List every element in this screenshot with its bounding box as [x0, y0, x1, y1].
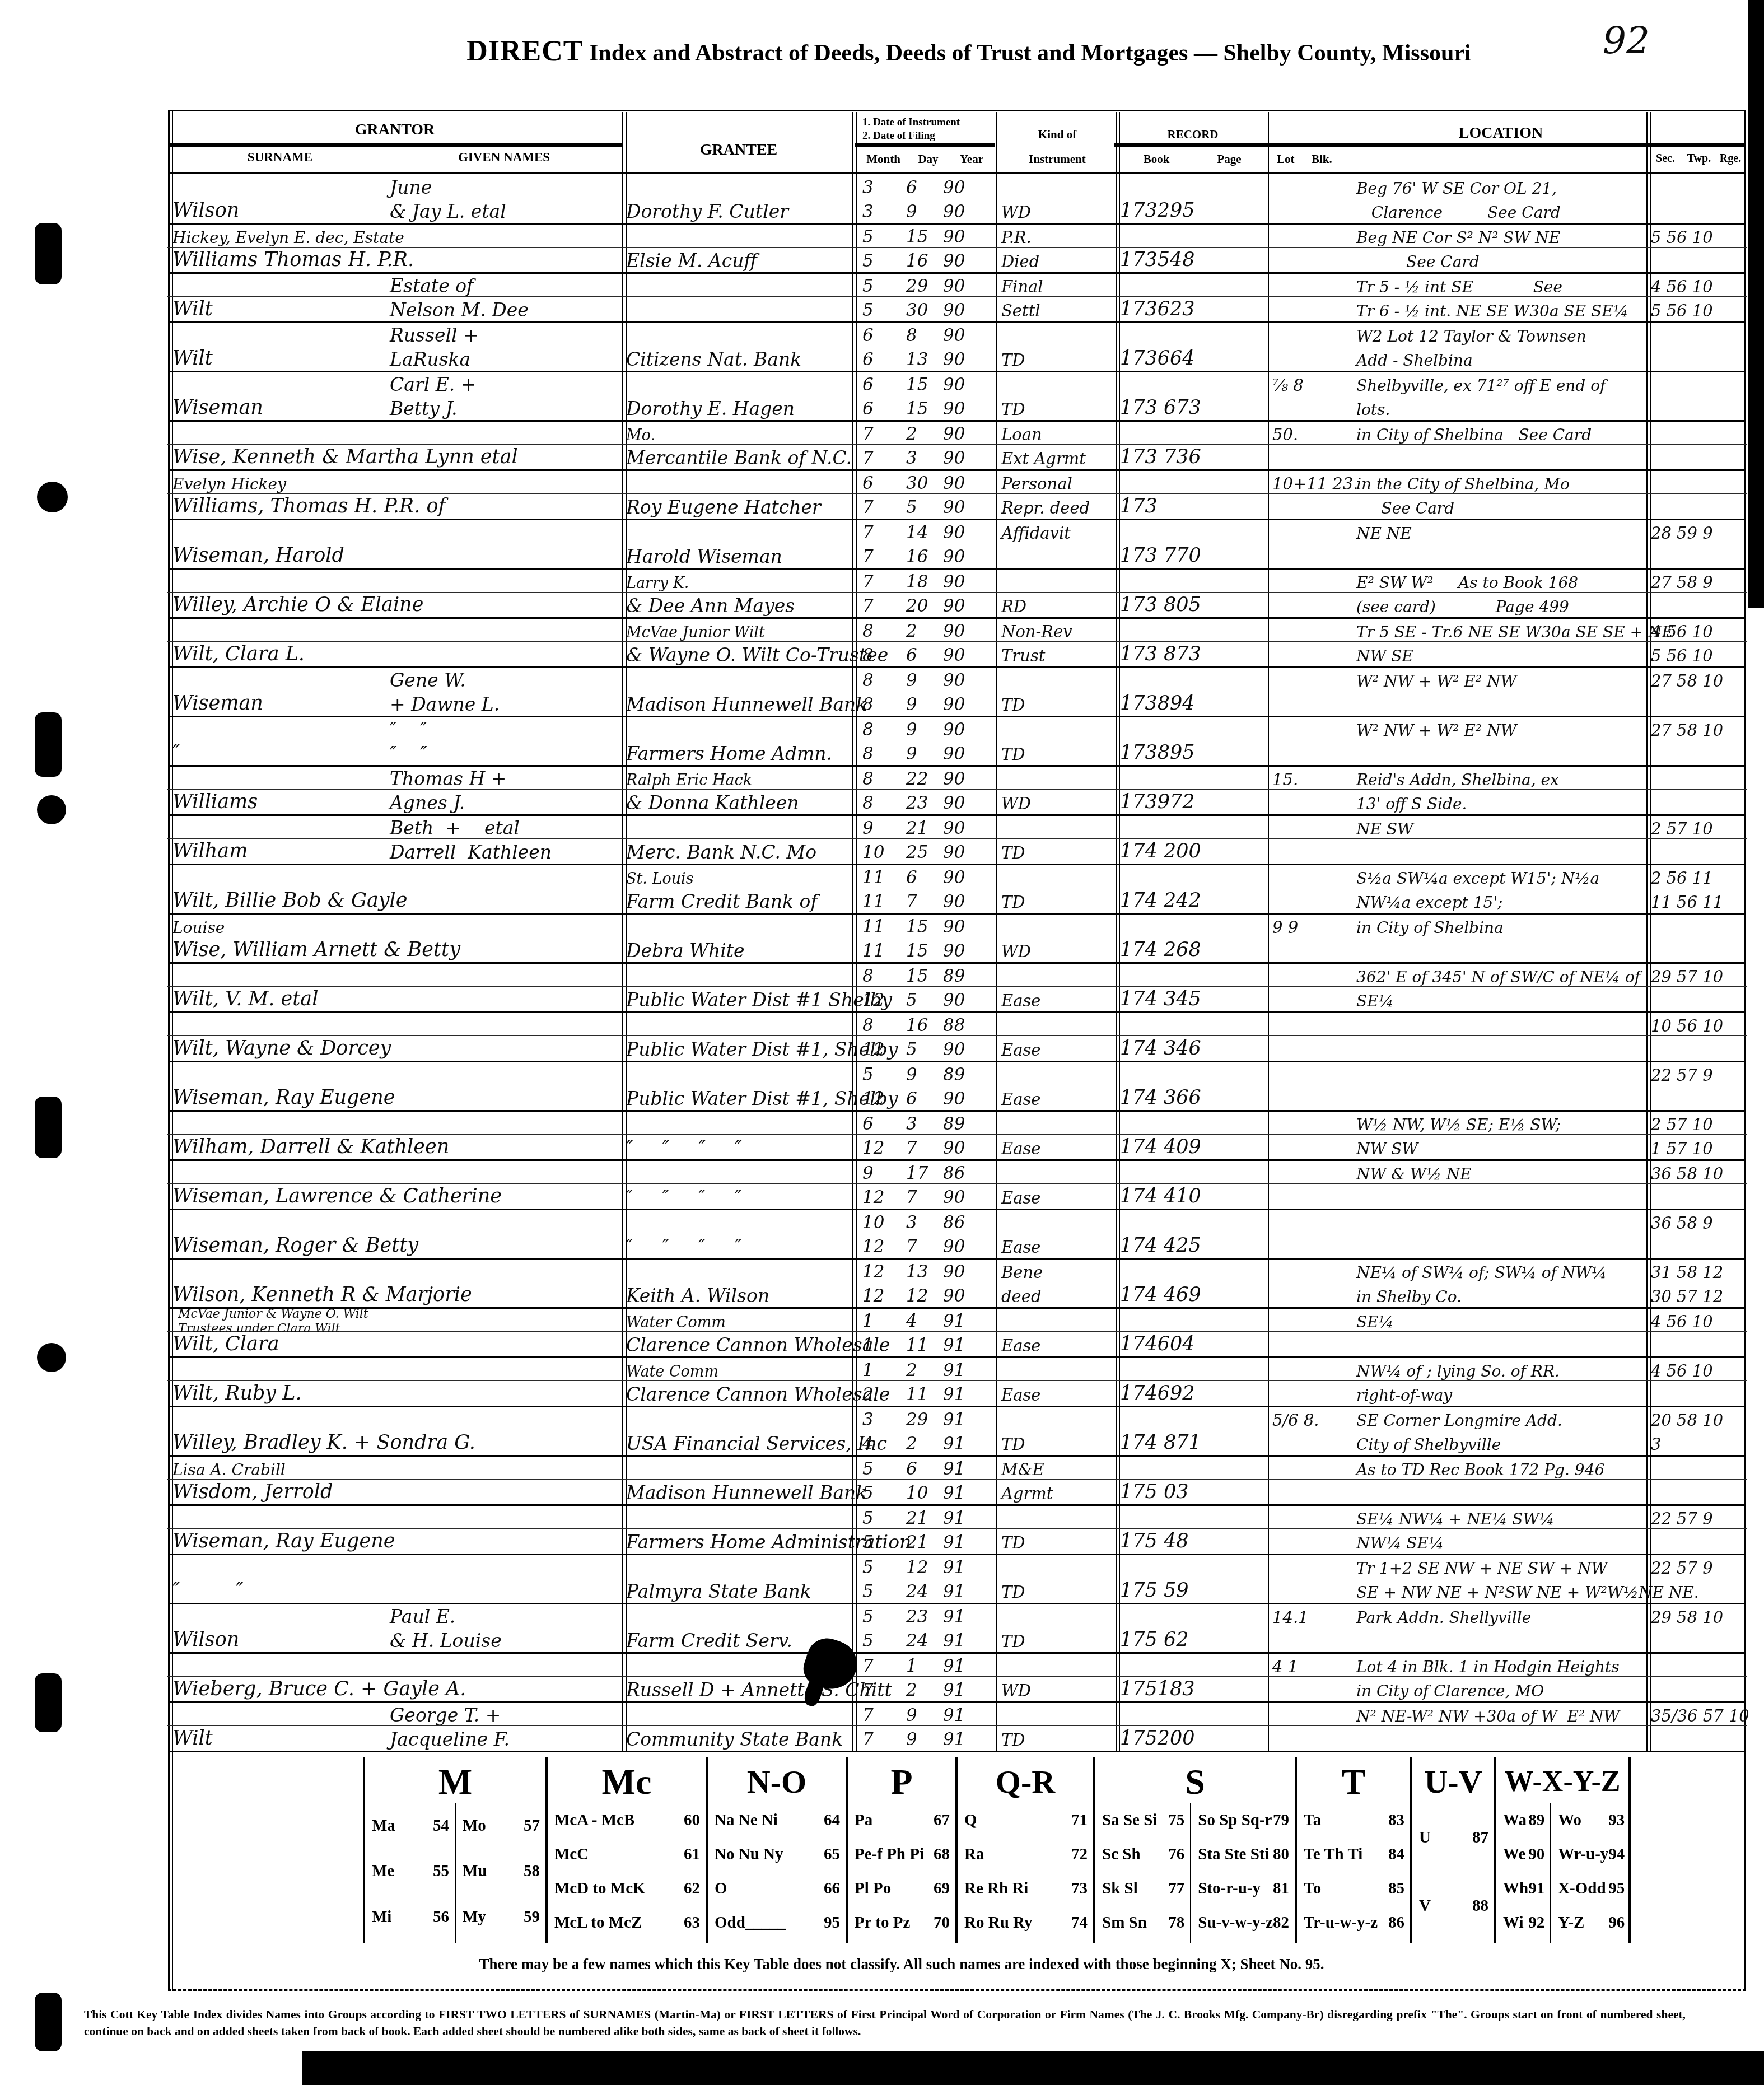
- grantee-line1: Ralph Eric Hack: [626, 773, 752, 788]
- surname-cell: Wiseman: [172, 666, 391, 716]
- lot-blk-value: 15.: [1272, 772, 1356, 788]
- kind-of-instrument-cell: Ease: [1001, 1307, 1113, 1356]
- key-subcolumn: Ma54Me55Mi56: [365, 1803, 455, 1943]
- key-cell-number: 59: [524, 1908, 540, 1927]
- surname-line2: Wilham: [172, 842, 248, 861]
- dates-cell: 63090 7590: [862, 469, 997, 519]
- key-cell-label: Sto-r-u-y: [1198, 1879, 1261, 1898]
- given-names-cell: [390, 1258, 625, 1307]
- lot-blk-value: 9 9: [1272, 920, 1356, 936]
- kind-line2: TD: [1001, 845, 1025, 861]
- sec-line1: 29 58 10: [1651, 1610, 1723, 1626]
- lot-blk-value: 14.1: [1272, 1610, 1356, 1626]
- record-cell: 173295: [1120, 174, 1266, 223]
- record-cell: 174 200: [1120, 814, 1266, 864]
- record-book-page: 174604: [1120, 1335, 1195, 1354]
- grantee-cell: Wate Comm Clarence Cannon Wholesale: [626, 1356, 858, 1406]
- kind-line2: TD: [1001, 1535, 1025, 1551]
- record-cell: 174 410: [1120, 1159, 1266, 1209]
- date-of-filing: 12790: [862, 1188, 990, 1206]
- date-of-filing: 121290: [862, 1287, 990, 1305]
- grantee-cell: Community State Bank: [626, 1701, 858, 1751]
- location-line2: City of Shelbyville: [1356, 1437, 1501, 1453]
- key-cell-number: 79: [1273, 1811, 1289, 1830]
- key-cell-number: 80: [1273, 1845, 1289, 1864]
- sec-twp-rge-cell: 4 56 10: [1651, 1307, 1749, 1356]
- given-line2: Agnes J.: [390, 794, 465, 812]
- grantee-cell: McVae Junior Wilt & Wayne O. Wilt Co-Tru…: [626, 617, 858, 666]
- record-cell: 175 48: [1120, 1504, 1266, 1554]
- kind-of-instrument-cell: TD: [1001, 371, 1113, 420]
- kind-of-instrument-cell: TD: [1001, 666, 1113, 716]
- location-line1: 362' E of 345' N of SW/C of NE¼ of: [1356, 969, 1640, 985]
- key-cell-label: Wi: [1503, 1914, 1524, 1932]
- sec-line2: 3: [1651, 1436, 1661, 1453]
- key-cell-number: 68: [934, 1845, 950, 1864]
- record-cell: 174 346: [1120, 1011, 1266, 1061]
- kind-of-instrument-cell: M&E Agrmt: [1001, 1455, 1113, 1504]
- record-cell: 174 345: [1120, 962, 1266, 1011]
- surname-cell: Wilson: [172, 1603, 391, 1652]
- surname-line2: Wisdom, Jerrold: [172, 1482, 333, 1502]
- record-cell: 175 59: [1120, 1554, 1266, 1603]
- kind-line2: Died: [1001, 254, 1039, 270]
- record-book-page: 174 346: [1120, 1039, 1201, 1058]
- grantee-cell: Public Water Dist #1, Shelby: [626, 1011, 858, 1061]
- key-column: M Ma54Me55Mi56Mo57Mu58My59: [363, 1757, 545, 1943]
- kind-of-instrument-cell: WD: [1001, 765, 1113, 814]
- key-cell-label: V: [1419, 1897, 1431, 1915]
- given-line1: George T. +: [390, 1706, 501, 1724]
- key-cell: To85: [1297, 1879, 1410, 1898]
- date-of-instrument: 10386: [862, 1214, 990, 1232]
- table-row: Wilson June & Jay L. etal Dorothy F. Cut…: [168, 174, 1746, 225]
- given-names-cell: George T. + Jacqueline F.: [390, 1701, 625, 1751]
- given-line2: & Jay L. etal: [390, 202, 506, 221]
- key-cell-label: Ta: [1304, 1811, 1321, 1830]
- sec-line1: 35/36 57 10: [1651, 1708, 1749, 1724]
- key-cell-number: 75: [1168, 1811, 1184, 1830]
- location-line2: in City of Clarence, MO: [1356, 1683, 1544, 1699]
- kind-of-instrument-cell: TD: [1001, 1554, 1113, 1603]
- record-cell: 173 805: [1120, 568, 1266, 617]
- surname-line2: Wilson: [172, 201, 239, 221]
- grantee-cell: Public Water Dist #1 Shelby: [626, 962, 858, 1011]
- sec-line1: 28 59 9: [1651, 525, 1713, 542]
- record-book-page: 175 59: [1120, 1581, 1188, 1601]
- table-row: ″ ″ Palmyra State Bank 51291 52491 TD: [168, 1554, 1746, 1604]
- sec-twp-rge-cell: 2 56 11 11 56 11: [1651, 864, 1749, 913]
- table-row: Wilt, Billie Bob & Gayle St. Louis Farm …: [168, 864, 1746, 915]
- sec-line1: 31 58 12: [1651, 1265, 1723, 1281]
- surname-line2: Wilt: [172, 300, 213, 319]
- grantee-line2: Dorothy F. Cutler: [626, 202, 788, 221]
- record-cell: 173 673: [1120, 371, 1266, 420]
- date-of-filing: 53090: [862, 301, 990, 319]
- key-cell-number: 96: [1608, 1914, 1625, 1932]
- scan-artifact: [37, 482, 68, 512]
- grantee-line2: Farm Credit Serv.: [626, 1631, 792, 1650]
- table-row: Wilt, Wayne & Dorcey Public Water Dist #…: [168, 1011, 1746, 1062]
- key-cell: X-Odd95: [1551, 1879, 1630, 1898]
- record-book-page: 175 48: [1120, 1532, 1188, 1551]
- key-cell: McL to McZ63: [548, 1914, 706, 1932]
- sec-twp-rge-cell: 31 58 12 30 57 12: [1651, 1258, 1749, 1307]
- surname-line2: Wilt, Wayne & Dorcey: [172, 1039, 391, 1058]
- surname-line2: Wilt, Ruby L.: [172, 1384, 302, 1403]
- key-cell-number: 66: [824, 1879, 840, 1898]
- scan-edge-strip: [1748, 0, 1764, 608]
- record-book-page: 173895: [1120, 743, 1195, 763]
- key-table-note: There may be a few names which this Key …: [190, 1956, 1613, 1973]
- location-line1: NW¼ of ; lying So. of RR.: [1356, 1364, 1560, 1379]
- date-of-filing: 7291: [862, 1681, 990, 1699]
- grantee-line2: Farmers Home Admn.: [626, 744, 832, 763]
- table-row: Wilt, V. M. etal Public Water Dist #1 Sh…: [168, 962, 1746, 1013]
- table-row: Evelyn Hickey Williams, Thomas H. P.R. o…: [168, 469, 1746, 520]
- surname-cell: Wilt, Billie Bob & Gayle: [172, 864, 391, 913]
- key-column: Q-R Q71Ra72Re Rh Ri73Ro Ru Ry74: [955, 1757, 1093, 1943]
- dates-cell: 5989 12690: [862, 1061, 997, 1110]
- date-of-filing: 51091: [862, 1484, 990, 1502]
- record-cell: 173 873: [1120, 617, 1266, 666]
- kind-of-instrument-cell: TD: [1001, 814, 1113, 864]
- key-cell-number: 87: [1472, 1829, 1488, 1847]
- location-line1: W² NW + W² E² NW: [1356, 723, 1516, 739]
- key-column-header: T: [1297, 1757, 1410, 1803]
- key-cell-number: 67: [934, 1811, 950, 1830]
- dates-cell: 8290 8690: [862, 617, 997, 666]
- location-line1: NE SW: [1356, 822, 1413, 837]
- surname-cell: Wilson: [172, 174, 391, 223]
- key-cell: Re Rh Ri73: [958, 1879, 1093, 1898]
- date-of-filing: 7590: [862, 498, 990, 516]
- date-of-instrument: 1291: [862, 1361, 990, 1379]
- given-names-cell: [390, 420, 625, 469]
- sec-twp-rge-cell: 10 56 10: [1651, 1011, 1749, 1061]
- location-line1: Park Addn. Shellyville: [1356, 1610, 1531, 1626]
- surname-cell: Hickey, Evelyn E. dec, Estate Williams T…: [172, 223, 391, 272]
- table-row: Wilt Estate of Nelson M. Dee 52990 53090…: [168, 272, 1746, 323]
- date-of-filing: 8990: [862, 696, 990, 713]
- key-column: N-O Na Ne Ni64No Nu Ny65O66Odd_____95: [706, 1757, 846, 1943]
- surname-cell: Wiseman: [172, 371, 391, 420]
- grantee-cell: ″ ″ ″ ″: [626, 1209, 858, 1258]
- given-line1: Gene W.: [390, 671, 466, 689]
- location-line2: NW SE: [1356, 649, 1413, 664]
- given-line1: Carl E. +: [390, 375, 476, 394]
- given-names-cell: Estate of Nelson M. Dee: [390, 272, 625, 321]
- grantee-line2: Harold Wiseman: [626, 547, 782, 566]
- kind-line1: Personal: [1001, 476, 1072, 492]
- grantee-line2: Clarence Cannon Wholesale: [626, 1336, 890, 1354]
- sec-twp-rge-cell: [1651, 420, 1749, 469]
- location-line1: Tr 5 - ½ int SE See: [1356, 279, 1562, 295]
- surname-line2: ″: [172, 743, 180, 763]
- surname-line2: Willey, Archie O & Elaine: [172, 595, 423, 615]
- record-book-page: 175200: [1120, 1729, 1195, 1748]
- key-cell-label: U: [1419, 1829, 1431, 1847]
- date-of-instrument: 51590: [862, 228, 990, 246]
- record-cell: 174 409: [1120, 1110, 1266, 1159]
- key-cell-label: Me: [372, 1862, 394, 1881]
- surname-cell: Wiseman, Lawrence & Catherine: [172, 1159, 391, 1209]
- key-cell: Tr-u-w-y-z86: [1297, 1914, 1410, 1932]
- location-line2: lots.: [1356, 402, 1390, 418]
- sec-twp-rge-cell: 4 56 10 5 56 10: [1651, 272, 1749, 321]
- surname-cell: Wilson, Kenneth R & Marjorie: [172, 1258, 391, 1307]
- sec-twp-rge-cell: 28 59 9: [1651, 519, 1749, 568]
- sec-twp-rge-cell: 5 56 10: [1651, 223, 1749, 272]
- dates-cell: 81688 12590: [862, 1011, 997, 1061]
- scan-artifact: [35, 712, 62, 777]
- date-of-filing: 61390: [862, 351, 990, 369]
- table-row: Hickey, Evelyn E. dec, Estate Williams T…: [168, 223, 1746, 274]
- key-cell: Ta83: [1297, 1811, 1410, 1830]
- key-cell: Pe-f Ph Pi68: [848, 1845, 955, 1864]
- kind-of-instrument-cell: Loan Ext Agrmt: [1001, 420, 1113, 469]
- date-of-filing: 52491: [862, 1583, 990, 1601]
- grantee-cell: Public Water Dist #1, Shelby: [626, 1061, 858, 1110]
- kind-of-instrument-cell: Ease: [1001, 1011, 1113, 1061]
- sec-twp-rge-cell: [1651, 174, 1749, 223]
- grantee-line2: Debra White: [626, 941, 745, 960]
- surname-line2: Wilt: [172, 1729, 213, 1748]
- sec-line1: 27 58 10: [1651, 722, 1723, 739]
- record-book-page: 174 469: [1120, 1285, 1201, 1305]
- record-book-page: 174 366: [1120, 1088, 1201, 1108]
- key-cell: Ro Ru Ry74: [958, 1914, 1093, 1932]
- sec-line1: 27 58 10: [1651, 673, 1723, 689]
- sec-line1: 2 56 11: [1651, 870, 1713, 887]
- location-line2: NW¼ SE¼: [1356, 1536, 1444, 1551]
- surname-cell: Evelyn Hickey Williams, Thomas H. P.R. o…: [172, 469, 391, 519]
- location-line1: E² SW W² As to Book 168: [1356, 575, 1578, 591]
- date-of-filing: 11790: [862, 893, 990, 911]
- surname-line2: Wiseman: [172, 694, 263, 713]
- location-line2: Add - Shelbina: [1356, 353, 1473, 369]
- date-of-instrument: 81688: [862, 1016, 990, 1034]
- location-line1: in City of Shelbina: [1356, 920, 1504, 936]
- key-subcolumn: Na Ne Ni64No Nu Ny65O66Odd_____95: [708, 1803, 846, 1943]
- record-book-page: 173548: [1120, 250, 1195, 270]
- surname-line2: Wiseman: [172, 398, 263, 418]
- grantee-cell: Keith A. Wilson: [626, 1258, 858, 1307]
- location-line1: NE¼ of SW¼ of; SW¼ of NW¼: [1356, 1265, 1607, 1281]
- table-row: ″ ″ ″ ″ ″ Farmers Home Admn. 8990 8990 T…: [168, 716, 1746, 767]
- record-book-page: 173295: [1120, 201, 1195, 221]
- location-line1: Beg NE Cor S² N² SW NE: [1356, 230, 1560, 246]
- table-row: Wilt, Clara McVae Junior & Wayne O. Wilt…: [168, 1307, 1746, 1358]
- grantee-cell: Citizens Nat. Bank: [626, 321, 858, 371]
- sec-twp-rge-cell: 36 58 9: [1651, 1209, 1749, 1258]
- date-of-instrument: 71890: [862, 573, 990, 591]
- scan-artifact: [35, 1097, 62, 1158]
- key-cell: So Sp Sq-r79: [1191, 1811, 1295, 1830]
- grantee-cell: Palmyra State Bank: [626, 1554, 858, 1603]
- key-cell-label: Tr-u-w-y-z: [1304, 1914, 1378, 1932]
- sec-line1: 27 58 9: [1651, 575, 1713, 591]
- dates-cell: 10386 12790: [862, 1209, 997, 1258]
- dates-cell: 7290 7390: [862, 420, 997, 469]
- key-column: P Pa67Pe-f Ph Pi68Pl Po69Pr to Pz70: [846, 1757, 955, 1943]
- given-line1: Paul E.: [390, 1607, 455, 1626]
- key-cell-number: 91: [1528, 1879, 1544, 1898]
- kind-line2: WD: [1001, 204, 1031, 221]
- record-book-page: 174 425: [1120, 1236, 1201, 1256]
- key-cell: Wa89: [1496, 1811, 1550, 1830]
- date-of-instrument: 71490: [862, 524, 990, 542]
- dates-cell: 71490 71690: [862, 519, 997, 568]
- dates-cell: 32991 4291: [862, 1406, 997, 1455]
- surname-line2: Wiseman, Ray Eugene: [172, 1532, 395, 1551]
- kind-line2: Ease: [1001, 993, 1041, 1009]
- table-row: Wiseman, Ray Eugene Farmers Home Adminis…: [168, 1504, 1746, 1555]
- key-cell-number: 56: [433, 1908, 449, 1927]
- sec-twp-rge-cell: 35/36 57 10: [1651, 1701, 1749, 1751]
- key-cell-label: Su-v-w-y-z: [1198, 1914, 1273, 1932]
- table-row: Wiseman, Harold Harold Wiseman 71490 716…: [168, 519, 1746, 570]
- key-cell-label: Sta Ste Sti: [1198, 1845, 1269, 1864]
- kind-line2: TD: [1001, 352, 1025, 369]
- key-cell-label: Mu: [463, 1862, 487, 1881]
- sec-line2: 11 56 11: [1651, 894, 1723, 911]
- surname-line1: Lisa A. Crabill: [172, 1462, 286, 1478]
- grantee-line2: Palmyra State Bank: [626, 1582, 811, 1601]
- surname-line2: Williams: [172, 792, 258, 812]
- record-book-page: 174 409: [1120, 1137, 1201, 1157]
- record-book-page: 174692: [1120, 1384, 1195, 1403]
- location-line1: SE Corner Longmire Add.: [1356, 1413, 1562, 1429]
- key-cell: U87: [1412, 1829, 1494, 1847]
- surname-cell: Willey, Bradley K. + Sondra G.: [172, 1406, 391, 1455]
- grantee-cell: Dorothy F. Cutler: [626, 174, 858, 223]
- key-cell-number: 89: [1528, 1811, 1544, 1830]
- given-names-cell: [390, 1110, 625, 1159]
- dates-cell: 7991 7991: [862, 1701, 997, 1751]
- key-cell-label: Pr to Pz: [855, 1914, 910, 1932]
- date-of-instrument: 11690: [862, 869, 990, 887]
- sec-line1: 4 56 10: [1651, 1363, 1713, 1379]
- kind-of-instrument-cell: RD: [1001, 568, 1113, 617]
- key-cell-label: Mi: [372, 1908, 391, 1927]
- sec-line1: 36 58 9: [1651, 1215, 1713, 1232]
- given-names-cell: Thomas H + Agnes J.: [390, 765, 625, 814]
- key-subcolumn: Sa Se Si75Sc Sh76Sk Sl77Sm Sn78: [1095, 1803, 1190, 1943]
- record-book-page: 173972: [1120, 792, 1195, 812]
- key-cell-number: 69: [934, 1879, 950, 1898]
- key-cell: Sto-r-u-y81: [1191, 1879, 1295, 1898]
- grantee-line1: Mo.: [626, 428, 655, 443]
- date-of-filing: 72090: [862, 597, 990, 615]
- given-names-cell: [390, 568, 625, 617]
- sec-line1: 22 57 9: [1651, 1511, 1713, 1527]
- date-of-instrument: 7290: [862, 425, 990, 443]
- key-cell-label: X-Odd: [1558, 1879, 1606, 1898]
- surname-cell: Wilt: [172, 321, 391, 371]
- key-cell-number: 70: [934, 1914, 950, 1932]
- date-of-filing: 71690: [862, 548, 990, 566]
- key-cell: Sc Sh76: [1095, 1845, 1190, 1864]
- sec-line2: 5 56 10: [1651, 303, 1713, 319]
- dates-cell: 6890 61390: [862, 321, 997, 371]
- key-cell: My59: [456, 1908, 545, 1927]
- date-of-instrument: 6389: [862, 1115, 990, 1133]
- date-of-filing: 12790: [862, 1238, 990, 1256]
- grantee-line2: ″ ″ ″ ″: [626, 1188, 742, 1206]
- location-line2: See Card: [1356, 501, 1454, 516]
- grantee-cell: Roy Eugene Hatcher: [626, 469, 858, 519]
- location-line1: As to TD Rec Book 172 Pg. 946: [1356, 1462, 1604, 1478]
- grantee-cell: Dorothy E. Hagen: [626, 371, 858, 420]
- given-line1: June: [390, 178, 432, 197]
- grantee-cell: Madison Hunnewell Bank: [626, 666, 858, 716]
- location-line2: SE + NW NE + N²SW NE + W²W½NE NE.: [1356, 1585, 1699, 1601]
- scanned-ledger-page: DIRECT Index and Abstract of Deeds, Deed…: [0, 0, 1764, 2085]
- kind-line1: Loan: [1001, 427, 1042, 443]
- record-cell: 174 366: [1120, 1061, 1266, 1110]
- key-cell: Sk Sl77: [1095, 1879, 1190, 1898]
- location-line1: NW & W½ NE: [1356, 1167, 1472, 1182]
- key-cell-label: McC: [554, 1845, 589, 1864]
- given-names-cell: [390, 1652, 625, 1701]
- grantee-cell: ″ ″ ″ ″: [626, 1110, 858, 1159]
- dates-cell: 52391 52491: [862, 1603, 997, 1652]
- surname-line1: Louise: [172, 920, 225, 936]
- key-cell-number: 81: [1273, 1879, 1289, 1898]
- location-line1: SE¼: [1356, 1314, 1394, 1330]
- record-cell: 173: [1120, 469, 1266, 519]
- location-line1: W² NW + W² E² NW: [1356, 674, 1516, 689]
- grantee-cell: St. Louis Farm Credit Bank of: [626, 864, 858, 913]
- record-book-page: 173 873: [1120, 645, 1201, 664]
- key-cell: Y-Z96: [1551, 1914, 1630, 1932]
- key-cell-label: We: [1503, 1845, 1525, 1864]
- date-of-filing: 3990: [862, 203, 990, 221]
- sec-line1: 4 56 10: [1651, 1314, 1713, 1330]
- key-subcolumn: Pa67Pe-f Ph Pi68Pl Po69Pr to Pz70: [848, 1803, 955, 1943]
- key-column-header: U-V: [1412, 1757, 1494, 1803]
- key-column: U-V U87V88: [1410, 1757, 1494, 1943]
- surname-cell: Wiseman, Ray Eugene: [172, 1504, 391, 1554]
- kind-line2: Trust: [1001, 648, 1045, 664]
- sec-line1: 2 57 10: [1651, 821, 1713, 837]
- key-cell-number: 82: [1273, 1914, 1289, 1932]
- scan-artifact: [35, 1673, 62, 1732]
- surname-cell: Wise, Kenneth & Martha Lynn etal: [172, 420, 391, 469]
- kind-line2: Ease: [1001, 1042, 1041, 1058]
- kind-line2: WD: [1001, 796, 1031, 812]
- given-line1: Estate of: [390, 277, 473, 295]
- record-book-page: 174 268: [1120, 940, 1201, 960]
- sec-twp-rge-cell: 2 57 10 1 57 10: [1651, 1110, 1749, 1159]
- dates-cell: 121390 121290: [862, 1258, 997, 1307]
- grantee-line2: Clarence Cannon Wholesale: [626, 1385, 890, 1403]
- date-of-instrument: 8990: [862, 721, 990, 739]
- record-cell: 173972: [1120, 765, 1266, 814]
- date-of-instrument: 5989: [862, 1066, 990, 1084]
- record-book-page: 174 410: [1120, 1187, 1201, 1206]
- given-names-cell: [390, 469, 625, 519]
- key-cell-label: Na Ne Ni: [715, 1811, 778, 1830]
- record-book-page: 174 200: [1120, 842, 1201, 861]
- dates-cell: 8990 8990: [862, 716, 997, 765]
- given-names-cell: [390, 962, 625, 1011]
- kind-line2: Agrmt: [1001, 1486, 1053, 1502]
- grantee-line2: Citizens Nat. Bank: [626, 350, 801, 369]
- kind-of-instrument-cell: WD: [1001, 174, 1113, 223]
- table-row: Wilham, Darrell & Kathleen ″ ″ ″ ″ 6389 …: [168, 1110, 1746, 1161]
